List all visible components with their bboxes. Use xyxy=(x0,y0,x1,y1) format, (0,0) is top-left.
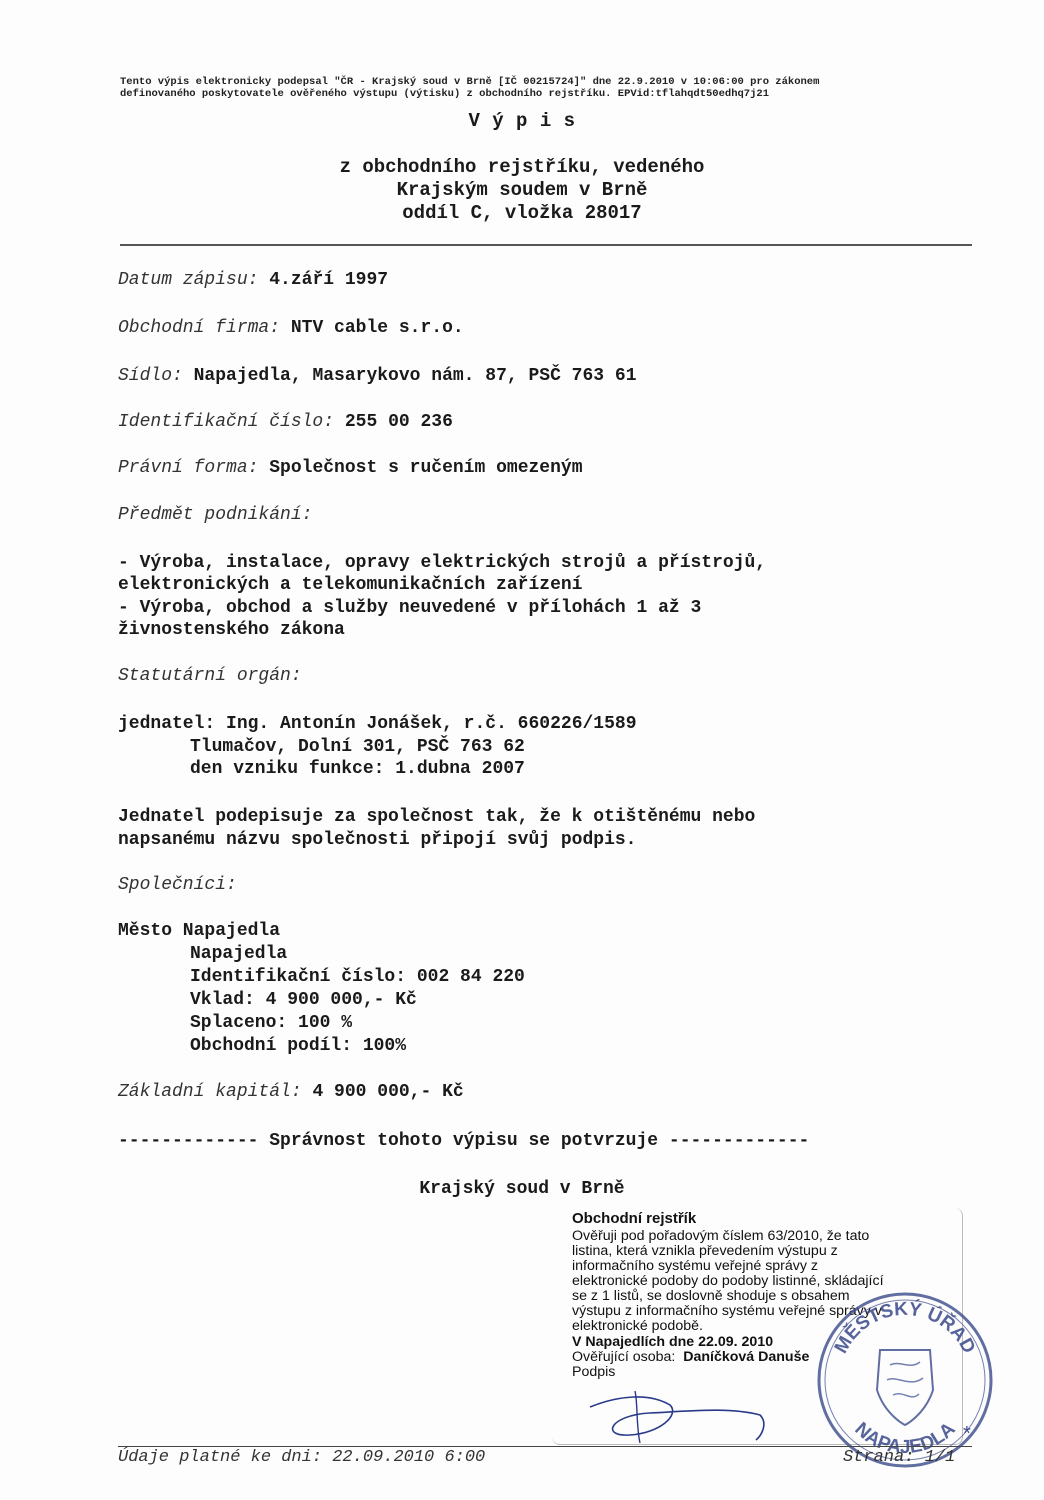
field-zakladni-kapital: Základní kapitál: 4 900 000,- Kč xyxy=(118,1082,464,1102)
verification-line: listina, která vznikla převedením výstup… xyxy=(572,1244,838,1259)
verification-line: elektronické podobě. xyxy=(572,1319,703,1334)
subtitle-line-2: Krajským soudem v Brně xyxy=(0,179,1044,202)
signing-rule-line: Jednatel podepisuje za společnost tak, ž… xyxy=(118,806,755,829)
predmet-line: - Výroba, obchod a služby neuvedené v př… xyxy=(118,597,701,620)
field-value: 255 00 236 xyxy=(345,412,453,432)
subtitle-line-1: z obchodního rejstříku, vedeného xyxy=(0,156,1044,179)
field-value: Společnost s ručením omezeným xyxy=(269,458,582,478)
header-divider xyxy=(120,244,972,246)
person-label: Ověřující osoba: xyxy=(572,1349,675,1365)
spolecnik-detail: Napajedla xyxy=(190,943,287,966)
field-label: Základní kapitál: xyxy=(118,1082,302,1102)
field-label: Sídlo: xyxy=(118,366,183,386)
spolecnik-name: Město Napajedla xyxy=(118,920,280,943)
field-value: 4 900 000,- Kč xyxy=(312,1082,463,1102)
statutarni-address: Tlumačov, Dolní 301, PSČ 763 62 xyxy=(190,736,525,759)
statutarni-person: jednatel: Ing. Antonín Jonášek, r.č. 660… xyxy=(118,713,637,736)
subtitle-line-3: oddíl C, vložka 28017 xyxy=(0,202,1044,225)
person-name: Ing. Antonín Jonášek, r.č. 660226/1589 xyxy=(226,714,636,734)
person-name: Daníčková Danuše xyxy=(683,1349,809,1365)
court-name: Krajský soud v Brně xyxy=(0,1178,1044,1201)
field-datum-zapisu: Datum zápisu: 4.září 1997 xyxy=(118,270,388,290)
spolecnik-detail: Splaceno: 100 % xyxy=(190,1012,352,1035)
confirmation-line: ------------- Správnost tohoto výpisu se… xyxy=(118,1130,809,1153)
predmet-line: živnostenského zákona xyxy=(118,619,345,642)
field-sidlo: Sídlo: Napajedla, Masarykovo nám. 87, PS… xyxy=(118,366,637,386)
spolecnici-label: Společníci: xyxy=(118,875,237,895)
verification-line: informačního systému veřejné správy z xyxy=(572,1259,818,1274)
field-value: 4.září 1997 xyxy=(269,270,388,290)
predmet-label: Předmět podnikání: xyxy=(118,505,312,525)
spolecnik-detail: Vklad: 4 900 000,- Kč xyxy=(190,989,417,1012)
footer-valid-date: Údaje platné ke dni: 22.09.2010 6:00 xyxy=(118,1448,485,1467)
verification-line: elektronické podoby do podoby listinné, … xyxy=(572,1274,884,1289)
field-value: NTV cable s.r.o. xyxy=(291,318,464,338)
document-title: V ý p i s xyxy=(0,110,1044,132)
signature-notice-line-1: Tento výpis elektronicky podepsal "ČR - … xyxy=(120,76,819,88)
statutarni-label: Statutární orgán: xyxy=(118,666,302,686)
verification-place-date: V Napajedlích dne 22.09. 2010 xyxy=(572,1335,773,1350)
field-value: Napajedla, Masarykovo nám. 87, PSČ 763 6… xyxy=(194,366,637,386)
footer-page-number: Strana: 1/1 xyxy=(843,1448,955,1467)
field-label: Obchodní firma: xyxy=(118,318,280,338)
field-label: Datum zápisu: xyxy=(118,270,258,290)
field-pravni-forma: Právní forma: Společnost s ručením omeze… xyxy=(118,458,583,478)
handwritten-signature xyxy=(580,1385,780,1445)
verification-person: Ověřující osoba: Daníčková Danuše xyxy=(572,1350,809,1365)
verification-title: Obchodní rejstřík xyxy=(572,1212,696,1227)
spolecnik-detail: Obchodní podíl: 100% xyxy=(190,1035,406,1058)
field-label: Právní forma: xyxy=(118,458,258,478)
role-label: jednatel: xyxy=(118,714,215,734)
verification-line: se z 1 listů, se doslovně shoduje s obsa… xyxy=(572,1289,850,1304)
signature-notice-line-2: definovaného poskytovatele ověřeného výs… xyxy=(120,88,769,100)
svg-text:MĚSTSKÝ ÚŘAD: MĚSTSKÝ ÚŘAD xyxy=(831,1298,979,1357)
spolecnik-detail: Identifikační číslo: 002 84 220 xyxy=(190,966,525,989)
field-obchodni-firma: Obchodní firma: NTV cable s.r.o. xyxy=(118,318,464,338)
official-seal-icon: MĚSTSKÝ ÚŘAD NAPAJEDLA * xyxy=(815,1290,995,1470)
svg-text:*: * xyxy=(963,1423,971,1445)
statutarni-since: den vzniku funkce: 1.dubna 2007 xyxy=(190,758,525,781)
signature-label: Podpis xyxy=(572,1365,615,1380)
signing-rule-line: napsanému názvu společnosti připojí svůj… xyxy=(118,829,636,852)
verification-line: Ověřuji pod pořadovým číslem 63/2010, že… xyxy=(572,1229,869,1244)
predmet-line: - Výroba, instalace, opravy elektrických… xyxy=(118,552,766,575)
predmet-line: elektronických a telekomunikačních zaříz… xyxy=(118,574,582,597)
field-identifikacni-cislo: Identifikační číslo: 255 00 236 xyxy=(118,412,453,432)
field-label: Identifikační číslo: xyxy=(118,412,334,432)
footer-divider xyxy=(118,1446,972,1447)
